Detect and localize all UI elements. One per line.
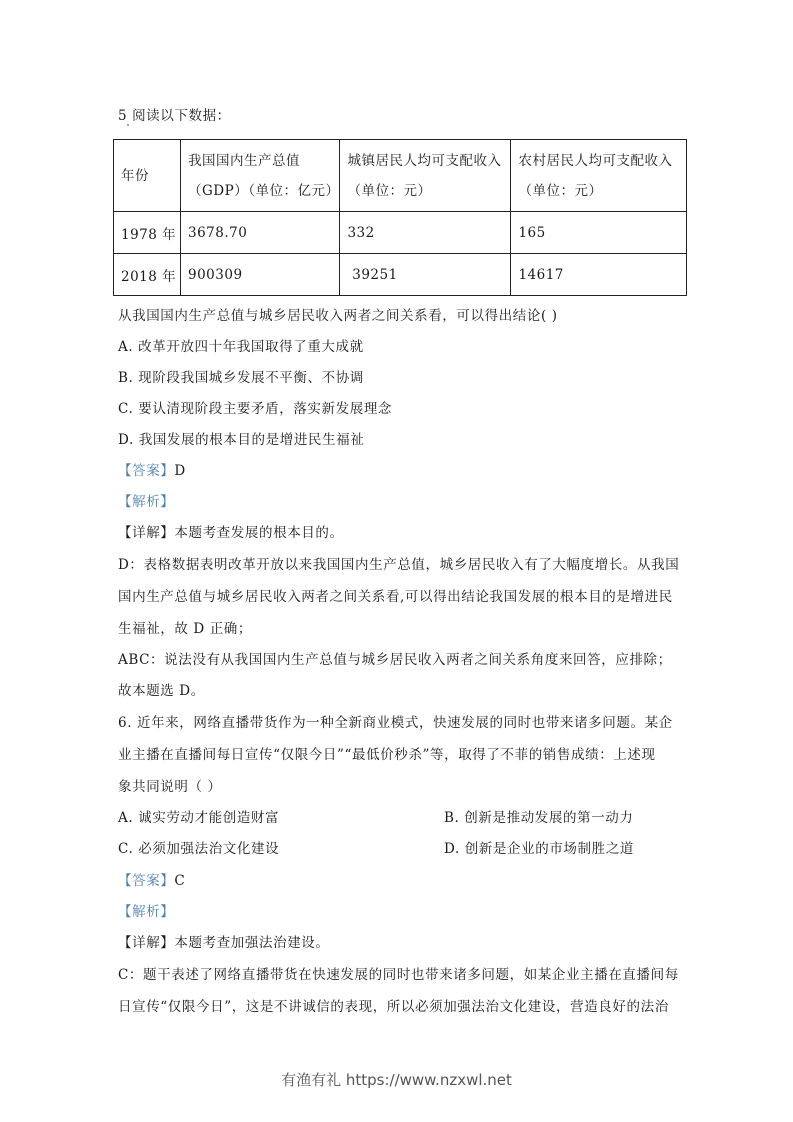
answer-value: D [174, 463, 185, 479]
q6-answer: 【答案】C [118, 869, 185, 889]
q5-explanation-line: D：表格数据表明改革开放以来我国国内生产总值，城乡居民收入有了大幅度增长。从我国 [118, 553, 679, 573]
q6-option-b: B. 创新是推动发展的第一动力 [444, 806, 634, 826]
analysis-label: 【解析】 [118, 494, 174, 510]
q6-stem-line: 6. 近年来，网络直播带货作为一种全新商业模式，快速发展的同时也带来诸多问题。某… [118, 711, 673, 731]
cell-year: 1978 年 [114, 212, 181, 254]
footer-watermark: 有渔有礼 https://www.nzxwl.net [0, 1069, 793, 1090]
q5-explanation-line: 故本题选 D。 [118, 679, 205, 699]
answer-label: 【答案】 [118, 463, 174, 479]
q6-option-a: A. 诚实劳动才能创造财富 [118, 806, 279, 826]
q5-data-table: 年份 我国国内生产总值 （GDP）（单位：亿元） 城镇居民人均可支配收入 （单位… [113, 139, 687, 296]
q6-stem-line: 象共同说明（ ） [118, 775, 222, 795]
detail-text: 本题考查发展的根本目的。 [174, 525, 343, 541]
q6-option-d: D. 创新是企业的市场制胜之道 [444, 837, 634, 857]
cell-urban-income: 39251 [340, 254, 511, 296]
detail-text: 本题考查加强法治建设。 [174, 935, 329, 951]
q5-explanation-line: ABC：说法没有从我国国内生产总值与城乡居民收入两者之间关系角度来回答，应排除； [118, 648, 672, 668]
q6-stem-line: 业主播在直播间每日宣传“仅限今日”“最低价秒杀”等，取得了不菲的销售成绩：上述现 [118, 743, 656, 763]
header-year: 年份 [114, 140, 181, 212]
q6-explanation-line: C：题干表述了网络直播带货在快速发展的同时也带来诸多问题，如某企业主播在直播间每 [118, 963, 679, 983]
q5-option-c: C. 要认清现阶段主要矛盾，落实新发展理念 [118, 397, 392, 417]
detail-label: 【详解】 [118, 935, 174, 951]
q5-explanation-line: 国内生产总值与城乡居民收入两者之间关系看,可以得出结论我国发展的根本目的是增进民 [118, 585, 673, 605]
cell-gdp: 900309 [181, 254, 340, 296]
q6-explanation-line: 日宣传“仅限今日”，这是不讲诚信的表现，所以必须加强法治文化建设，营造良好的法治 [118, 995, 669, 1015]
header-gdp: 我国国内生产总值 （GDP）（单位：亿元） [181, 140, 340, 212]
analysis-label: 【解析】 [118, 904, 174, 920]
cell-year: 2018 年 [114, 254, 181, 296]
q5-stem: 从我国国内生产总值与城乡居民收入两者之间关系看，可以得出结论( ) [118, 304, 558, 324]
cell-rural-income: 165 [511, 212, 687, 254]
q6-option-c: C. 必须加强法治文化建设 [118, 837, 279, 857]
q5-detail: 【详解】本题考查发展的根本目的。 [118, 521, 344, 541]
q5-option-d: D. 我国发展的根本目的是增进民生福祉 [118, 428, 364, 448]
header-rural-income: 农村居民人均可支配收入 （单位：元） [511, 140, 687, 212]
cell-rural-income: 14617 [511, 254, 687, 296]
cell-gdp: 3678.70 [181, 212, 340, 254]
q5-explanation-line: 生福祉，故 D 正确； [118, 617, 252, 637]
q6-detail: 【详解】本题考查加强法治建设。 [118, 931, 330, 951]
cell-urban-income: 332 [340, 212, 511, 254]
table-row: 1978 年 3678.70 332 165 [114, 212, 687, 254]
table-row: 2018 年 900309 39251 14617 [114, 254, 687, 296]
q5-option-a: A. 改革开放四十年我国取得了重大成就 [118, 335, 364, 355]
answer-label: 【答案】 [118, 873, 174, 889]
q5-analysis: 【解析】 [118, 490, 174, 510]
q5-title: 5 阅读以下数据： [118, 104, 231, 124]
table-header-row: 年份 我国国内生产总值 （GDP）（单位：亿元） 城镇居民人均可支配收入 （单位… [114, 140, 687, 212]
header-urban-income: 城镇居民人均可支配收入 （单位：元） [340, 140, 511, 212]
q5-option-b: B. 现阶段我国城乡发展不平衡、不协调 [118, 366, 364, 386]
answer-value: C [174, 873, 185, 889]
q6-analysis: 【解析】 [118, 900, 174, 920]
q5-answer: 【答案】D [118, 459, 186, 479]
stray-dot [127, 124, 129, 126]
detail-label: 【详解】 [118, 525, 174, 541]
